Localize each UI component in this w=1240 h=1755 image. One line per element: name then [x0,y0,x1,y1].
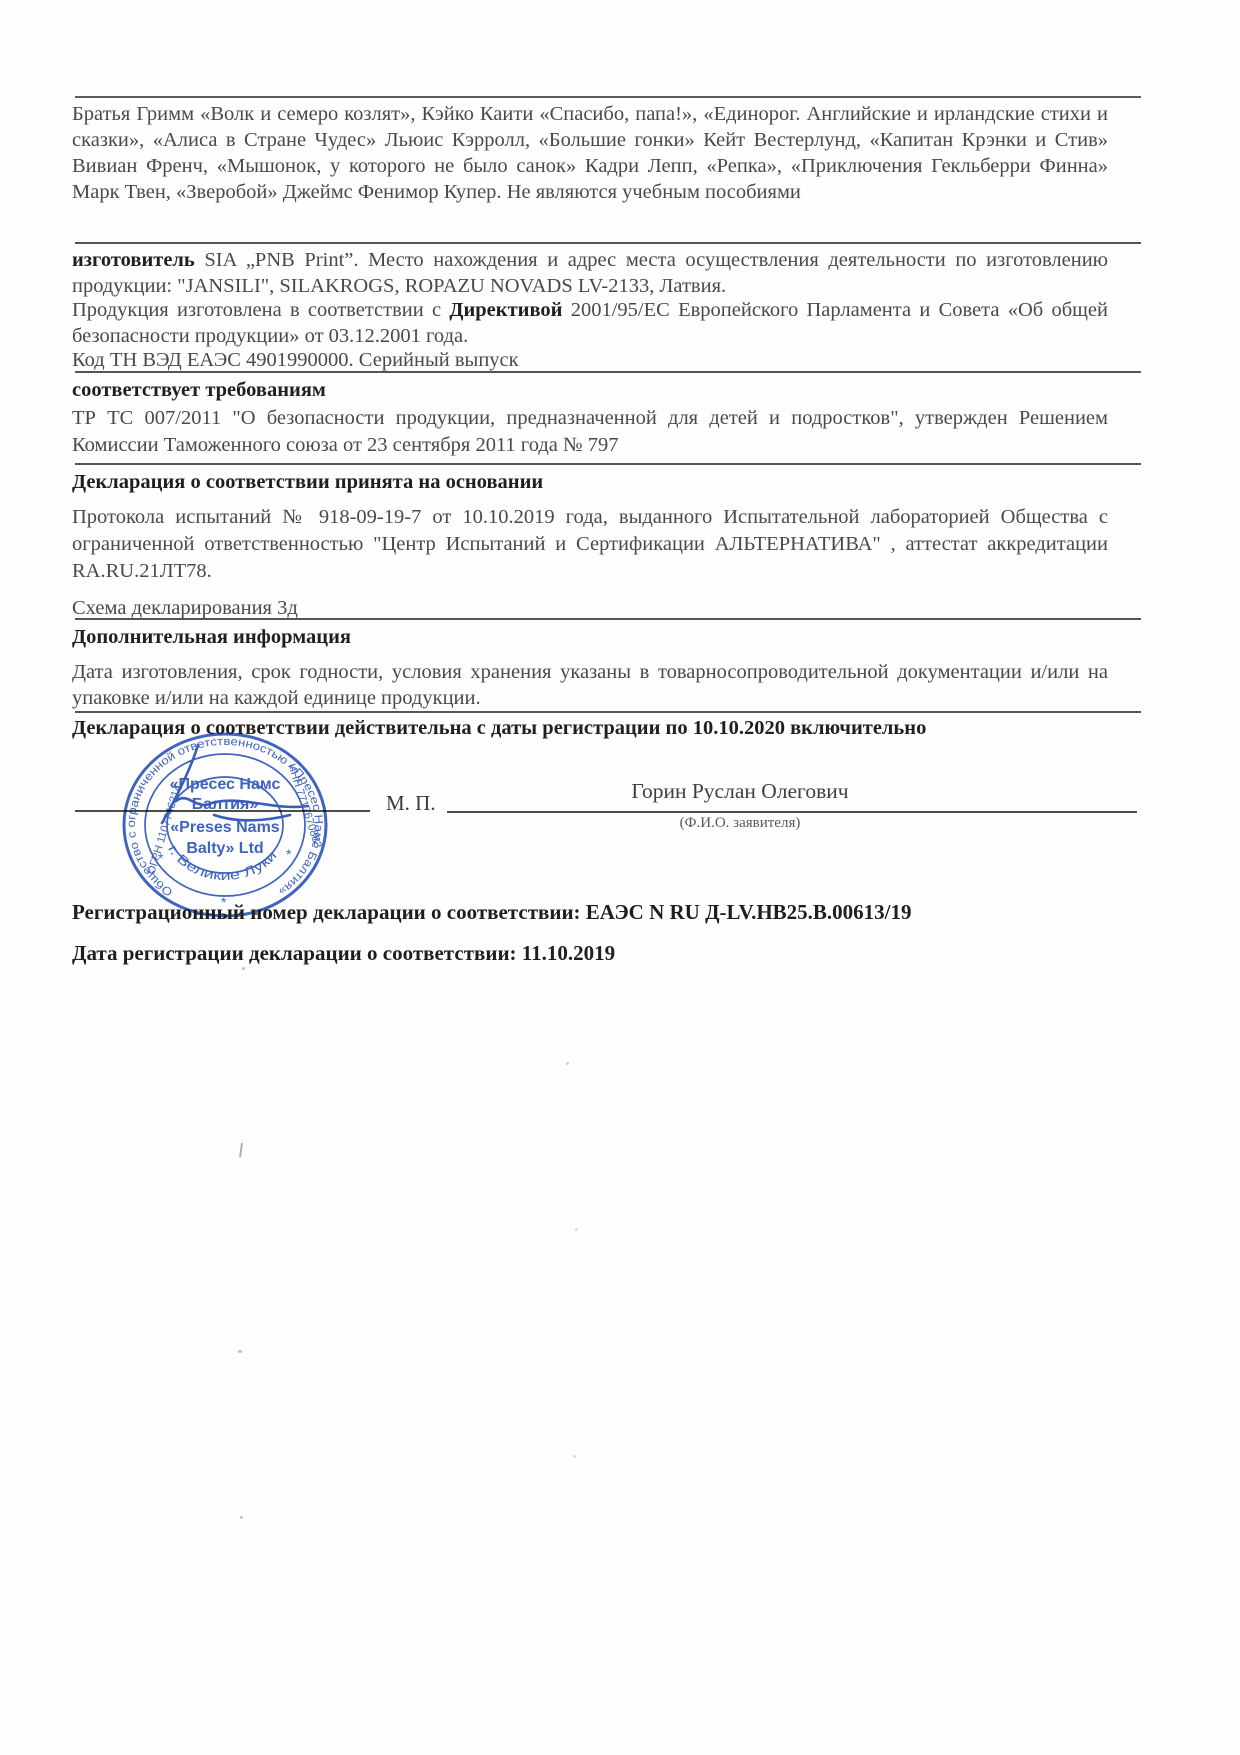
tn-ved-line: Код ТН ВЭД ЕАЭС 4901990000. Серийный вып… [72,347,1108,373]
scan-speck [240,1516,243,1519]
divider-rule [75,711,1141,713]
applicant-caption: (Ф.И.О. заявителя) [450,815,1030,832]
tr-paragraph: ТР ТС 007/2011 "О безопасности продукции… [72,405,1108,459]
divider-rule [75,618,1141,620]
scan-speck [242,967,245,970]
production-pre: Продукция изготовлена в соответствии с [72,299,449,321]
seal-place-label: М. П. [386,791,436,816]
divider-rule [75,242,1141,244]
manufacturer-label: изготовитель [72,249,195,271]
products-paragraph: Братья Гримм «Волк и семеро козлят», Кэй… [72,101,1108,205]
divider-rule [75,96,1141,98]
divider-rule [75,371,1141,373]
scan-speck [239,1143,243,1157]
manufacturer-paragraph: изготовитель SIA „PNB Print”. Место нахо… [72,247,1108,299]
complies-heading: соответствует требованиям [72,378,1108,403]
stamp-name-en-2: Balty» Ltd [186,840,263,857]
scan-speck [575,1228,578,1231]
production-paragraph: Продукция изготовлена в соответствии с Д… [72,297,1108,349]
declaration-document-page: Братья Гримм «Волк и семеро козлят», Кэй… [0,0,1240,1755]
applicant-name-line [447,811,1137,813]
registration-date-line: Дата регистрации декларации о соответств… [72,941,1132,966]
protocol-paragraph: Протокола испытаний № 918-09-19-7 от 10.… [72,504,1108,585]
additional-heading: Дополнительная информация [72,625,1108,650]
not-textbook-note: Не являются учебным пособиями [507,181,801,203]
additional-paragraph: Дата изготовления, срок годности, услови… [72,659,1108,711]
divider-rule [75,463,1141,465]
scan-speck [573,1455,576,1458]
manufacturer-text: SIA „PNB Print”. Место нахождения и адре… [72,249,1108,297]
basis-heading: Декларация о соответствии принята на осн… [72,470,1108,495]
stamp-name-en-1: «Preses Nams [170,819,280,836]
applicant-caption-box: (Ф.И.О. заявителя) [450,815,1030,832]
applicant-name-box: Горин Руслан Олегович [450,779,1030,804]
stamp-star-right: * [286,846,292,862]
company-round-stamp: Общество с ограниченной ответственностью… [118,727,332,923]
stamp-star-left: * [158,850,164,866]
directive-label: Директивой [449,299,562,321]
scan-speck [238,1350,242,1353]
scan-speck [566,1062,569,1065]
registration-number-line: Регистрационный номер декларации о соотв… [72,900,1132,925]
applicant-name: Горин Руслан Олегович [450,779,1030,804]
